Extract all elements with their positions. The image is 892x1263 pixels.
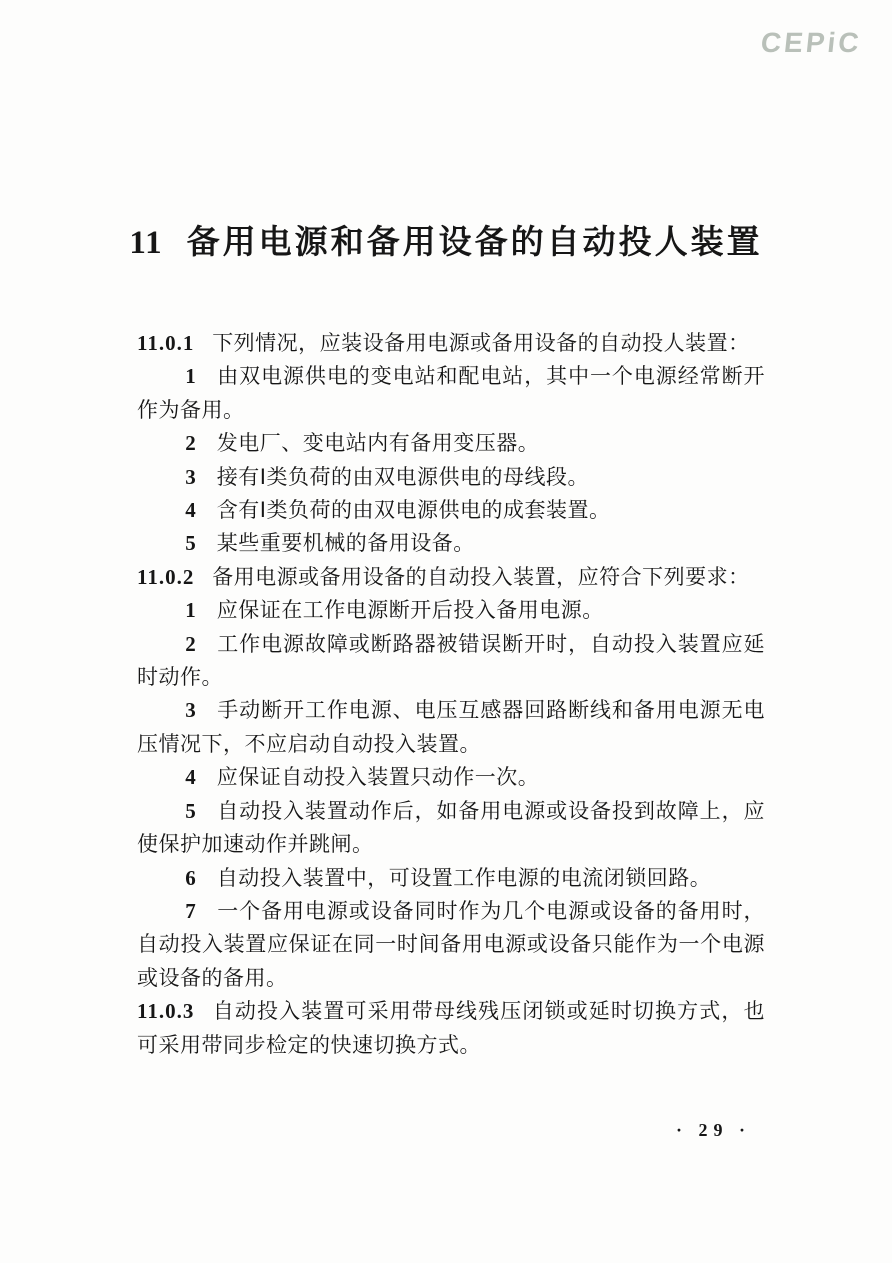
item-number: 3	[185, 465, 196, 489]
list-item: 5自动投入装置动作后，如备用电源或设备投到故障上，应使保护加速动作并跳闸。	[137, 795, 765, 862]
list-item: 5某些重要机械的备用设备。	[137, 527, 765, 560]
clause-11-0-1: 11.0.1下列情况，应装设备用电源或备用设备的自动投人装置：	[137, 327, 765, 360]
item-text: 工作电源故障或断路器被错误断开时，自动投入装置应延时动作。	[137, 632, 765, 689]
item-text: 接有Ⅰ类负荷的由双电源供电的母线段。	[217, 465, 589, 489]
item-number: 7	[185, 899, 196, 923]
chapter-title-text: 备用电源和备用设备的自动投人装置	[187, 225, 763, 261]
list-item: 2发电厂、变电站内有备用变压器。	[137, 427, 765, 460]
item-number: 2	[185, 632, 196, 656]
document-body: 11.0.1下列情况，应装设备用电源或备用设备的自动投人装置： 1由双电源供电的…	[137, 327, 765, 1062]
item-text: 含有Ⅰ类负荷的由双电源供电的成套装置。	[217, 498, 611, 522]
scanned-document-page: CEPiC 11备用电源和备用设备的自动投人装置 11.0.1下列情况，应装设备…	[0, 0, 892, 1263]
list-item: 3接有Ⅰ类负荷的由双电源供电的母线段。	[137, 461, 765, 494]
clause-text: 自动投入装置可采用带母线残压闭锁或延时切换方式，也可采用带同步检定的快速切换方式…	[137, 999, 765, 1056]
clause-number: 11.0.3	[137, 999, 194, 1023]
item-text: 某些重要机械的备用设备。	[217, 531, 475, 555]
item-number: 4	[185, 765, 196, 789]
item-number: 5	[185, 799, 196, 823]
item-number: 1	[185, 598, 196, 622]
item-text: 自动投入装置动作后，如备用电源或设备投到故障上，应使保护加速动作并跳闸。	[137, 799, 765, 856]
clause-number: 11.0.2	[137, 565, 194, 589]
list-item: 6自动投入装置中，可设置工作电源的电流闭锁回路。	[137, 862, 765, 895]
item-text: 手动断开工作电源、电压互感器回路断线和备用电源无电压情况下，不应启动自动投入装置…	[137, 698, 765, 755]
item-number: 5	[185, 531, 196, 555]
chapter-title: 11备用电源和备用设备的自动投人装置	[0, 216, 892, 263]
item-text: 自动投入装置中，可设置工作电源的电流闭锁回路。	[217, 866, 712, 890]
item-text: 由双电源供电的变电站和配电站，其中一个电源经常断开作为备用。	[137, 364, 765, 421]
clause-text: 备用电源或备用设备的自动投入装置，应符合下列要求：	[212, 565, 750, 589]
clause-11-0-2: 11.0.2备用电源或备用设备的自动投入装置，应符合下列要求：	[137, 561, 765, 594]
list-item: 1应保证在工作电源断开后投入备用电源。	[137, 594, 765, 627]
clause-number: 11.0.1	[137, 331, 194, 355]
clause-11-0-3: 11.0.3自动投入装置可采用带母线残压闭锁或延时切换方式，也可采用带同步检定的…	[137, 995, 765, 1062]
item-number: 2	[185, 431, 196, 455]
item-text: 一个备用电源或设备同时作为几个电源或设备的备用时，自动投入装置应保证在同一时间备…	[137, 899, 765, 990]
list-item: 4应保证自动投入装置只动作一次。	[137, 761, 765, 794]
cepic-logo: CEPiC	[760, 27, 864, 59]
item-number: 6	[185, 866, 196, 890]
list-item: 2工作电源故障或断路器被错误断开时，自动投入装置应延时动作。	[137, 628, 765, 695]
item-number: 3	[185, 698, 196, 722]
item-text: 应保证自动投入装置只动作一次。	[217, 765, 540, 789]
item-number: 1	[185, 364, 196, 388]
list-item: 4含有Ⅰ类负荷的由双电源供电的成套装置。	[137, 494, 765, 527]
item-text: 应保证在工作电源断开后投入备用电源。	[217, 598, 604, 622]
list-item: 1由双电源供电的变电站和配电站，其中一个电源经常断开作为备用。	[137, 360, 765, 427]
page-number: · 29 ·	[676, 1120, 751, 1141]
item-text: 发电厂、变电站内有备用变压器。	[217, 431, 540, 455]
clause-text: 下列情况，应装设备用电源或备用设备的自动投人装置：	[212, 331, 750, 355]
list-item: 7一个备用电源或设备同时作为几个电源或设备的备用时，自动投入装置应保证在同一时间…	[137, 895, 765, 995]
chapter-number: 11	[129, 225, 162, 261]
list-item: 3手动断开工作电源、电压互感器回路断线和备用电源无电压情况下，不应启动自动投入装…	[137, 694, 765, 761]
item-number: 4	[185, 498, 196, 522]
